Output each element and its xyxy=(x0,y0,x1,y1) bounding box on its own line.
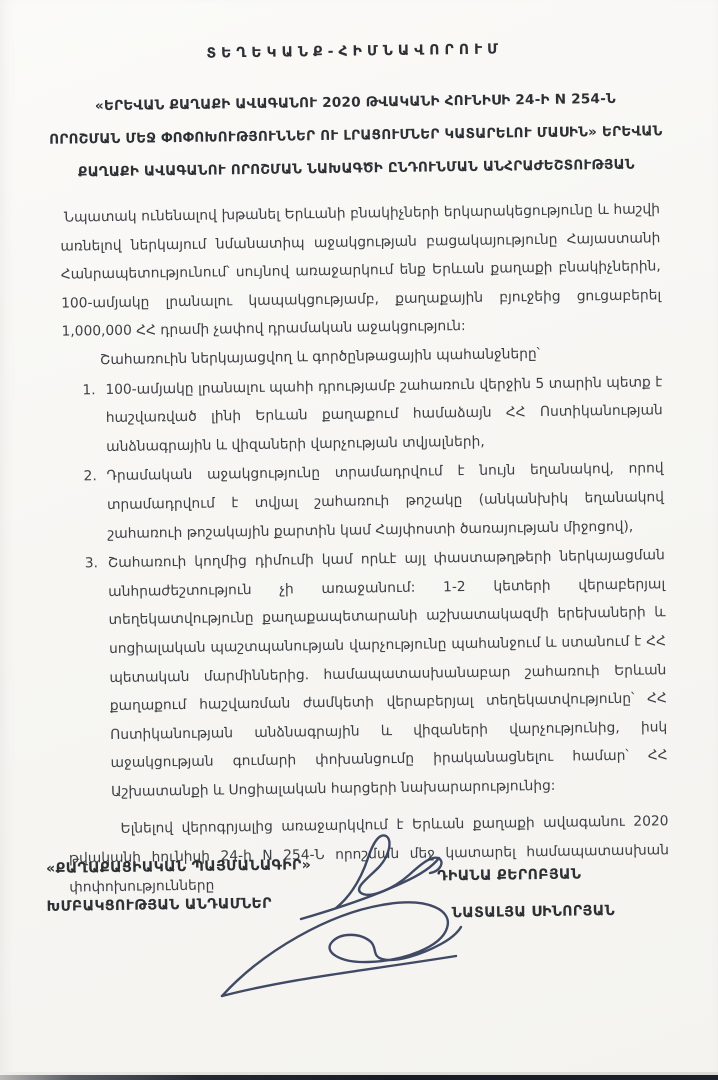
scanned-document-page: ՏԵՂԵԿԱՆՔ-ՀԻՄՆԱՎՈՐՈՒՄ «ԵՐԵՎԱՆ ՔԱՂԱՔԻ ԱՎԱԳ… xyxy=(0,0,718,1080)
intro-paragraph: Նպատակ ունենալով խթանել Երևանի բնակիչներ… xyxy=(60,195,662,346)
list-item: Շահառուի կողմից դիմումի կամ որևէ այլ փաս… xyxy=(108,541,669,806)
closing-paragraph: Ելնելով վերոգրյալից առաջարկվում է Երևան … xyxy=(68,808,669,902)
document-title: ՏԵՂԵԿԱՆՔ-ՀԻՄՆԱՎՈՐՈՒՄ xyxy=(0,39,714,65)
requirements-list: 100-ամյակը լրանալու պահի դրությամբ շահառ… xyxy=(62,368,668,807)
document-content: ՏԵՂԵԿԱՆՔ-ՀԻՄՆԱՎՈՐՈՒՄ «ԵՐԵՎԱՆ ՔԱՂԱՔԻ ԱՎԱԳ… xyxy=(0,0,718,903)
page-bottom-edge-dark xyxy=(0,1075,718,1080)
document-heading: «ԵՐԵՎԱՆ ՔԱՂԱՔԻ ԱՎԱԳԱՆՈՒ 2020 ԹՎԱԿԱՆԻ ՀՈՒ… xyxy=(0,82,716,191)
list-item: Դրամական աջակցությունը տրամադրվում է նու… xyxy=(106,455,664,549)
signatory-name-2: ՆԱՏԱԼՅԱ ՍԻՆՈՐՅԱՆ xyxy=(437,893,615,932)
list-item: 100-ամյակը լրանալու պահի դրությամբ շահառ… xyxy=(105,368,663,462)
signature-2-tail xyxy=(222,956,456,996)
signature-2 xyxy=(222,902,461,996)
